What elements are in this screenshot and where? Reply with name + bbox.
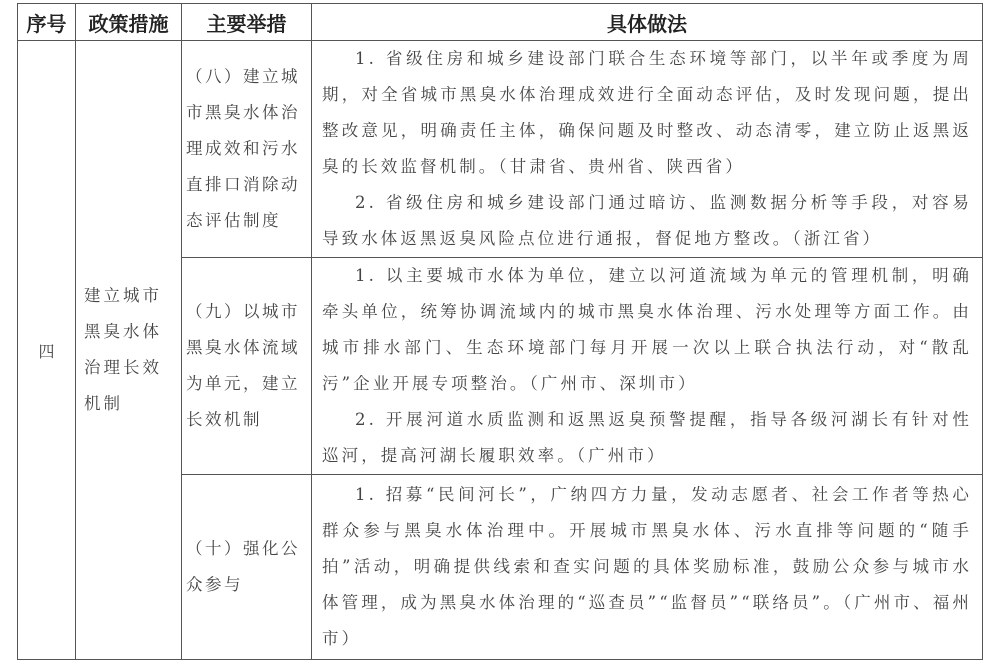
main-measure-cell: （九）以城市黑臭水体流域为单元，建立长效机制 [182, 258, 312, 475]
main-measure-cell: （十）强化公众参与 [182, 475, 312, 660]
detail-item: 2. 开展河道水质监测和返黑返臭预警提醒，指导各级河湖长有针对性巡河，提高河湖长… [322, 402, 972, 474]
policy-measure-cell: 建立城市黑臭水体治理长效机制 [76, 41, 182, 660]
row-number: 四 [18, 41, 76, 660]
detail-cell: 1. 招募“民间河长”，广纳四方力量，发动志愿者、社会工作者等热心群众参与黑臭水… [312, 475, 983, 660]
main-measure-cell: （八）建立城市黑臭水体治理成效和污水直排口消除动态评估制度 [182, 41, 312, 258]
detail-item: 1. 招募“民间河长”，广纳四方力量，发动志愿者、社会工作者等热心群众参与黑臭水… [322, 477, 972, 657]
header-no: 序号 [18, 4, 76, 41]
table-row: 四 建立城市黑臭水体治理长效机制 （八）建立城市黑臭水体治理成效和污水直排口消除… [18, 41, 983, 258]
detail-item: 1. 省级住房和城乡建设部门联合生态环境等部门，以半年或季度为周期，对全省城市黑… [322, 41, 972, 185]
policy-table: 序号 政策措施 主要举措 具体做法 四 建立城市黑臭水体治理长效机制 （八）建立… [17, 3, 983, 660]
header-detail: 具体做法 [312, 4, 983, 41]
table-header-row: 序号 政策措施 主要举措 具体做法 [18, 4, 983, 41]
header-measure: 主要举措 [182, 4, 312, 41]
detail-cell: 1. 以主要城市水体为单位，建立以河道流域为单元的管理机制，明确牵头单位，统筹协… [312, 258, 983, 475]
detail-item: 1. 以主要城市水体为单位，建立以河道流域为单元的管理机制，明确牵头单位，统筹协… [322, 258, 972, 402]
detail-item: 2. 省级住房和城乡建设部门通过暗访、监测数据分析等手段，对容易导致水体返黑返臭… [322, 185, 972, 257]
header-policy: 政策措施 [76, 4, 182, 41]
detail-cell: 1. 省级住房和城乡建设部门联合生态环境等部门，以半年或季度为周期，对全省城市黑… [312, 41, 983, 258]
